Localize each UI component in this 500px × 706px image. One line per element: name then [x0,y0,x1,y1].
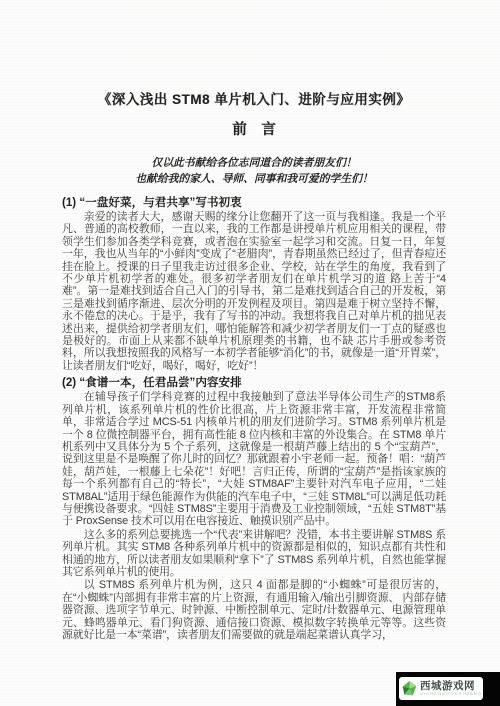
section-2: (2) “食谱一本，任君品尝”内容安排 在辅导孩子们学科竞赛的过程中我接触到了意… [62,376,446,641]
site-name: 西城游戏网 [420,681,481,692]
preface-heading: 前 言 [62,122,446,138]
scanned-document-page: 《深入浅出 STM8 单片机入门、进阶与应用实例》 前 言 仅以此书献给各位志同… [0,0,500,706]
dedication-line-2: 也献给我的家人、导师、同事和我可爱的学生们！ [62,171,446,187]
section-1-heading: (1) “一盘好菜，与君共享”写书初衷 [62,196,446,210]
dedication: 仅以此书献给各位志同道合的读者朋友们！ 也献给我的家人、导师、同事和我可爱的学生… [62,155,446,187]
section-1-paragraph-1: 亲爱的读者大大，感谢天赐的缘分让您翻开了这一页与我相逢。我是一个平凡、普通的高校… [62,211,446,372]
watermark-patch: 西城游戏网 XICHENGYOUXIWANG [396,672,500,706]
section-2-paragraph-1: 在辅导孩子们学科竞赛的过程中我接触到了意法半导体公司生产的STM8系列单片机，该… [62,391,446,527]
site-tagline: XICHENGYOUXIWANG [420,692,481,696]
site-watermark: 西城游戏网 XICHENGYOUXIWANG [399,677,483,700]
section-2-paragraph-2: 这么多的系列总要挑选一个“代表”来讲解吧？没错，本书主要讲解 STM8S 系列单… [62,529,446,579]
page-content: 《深入浅出 STM8 单片机入门、进阶与应用实例》 前 言 仅以此书献给各位志同… [62,0,446,641]
dedication-line-1: 仅以此书献给各位志同道合的读者朋友们！ [62,155,446,171]
site-logo-icon [401,680,418,697]
section-2-paragraph-3: 以 STM8S 系列单片机为例，这只 4 面都是脚的“小蜘蛛”可是很厉害的，在“… [62,579,446,641]
watermark-texts: 西城游戏网 XICHENGYOUXIWANG [420,681,481,697]
section-1: (1) “一盘好菜，与君共享”写书初衷 亲爱的读者大大，感谢天赐的缘分让您翻开了… [62,196,446,372]
section-2-heading: (2) “食谱一本，任君品尝”内容安排 [62,376,446,390]
book-title: 《深入浅出 STM8 单片机入门、进阶与应用实例》 [62,0,446,107]
